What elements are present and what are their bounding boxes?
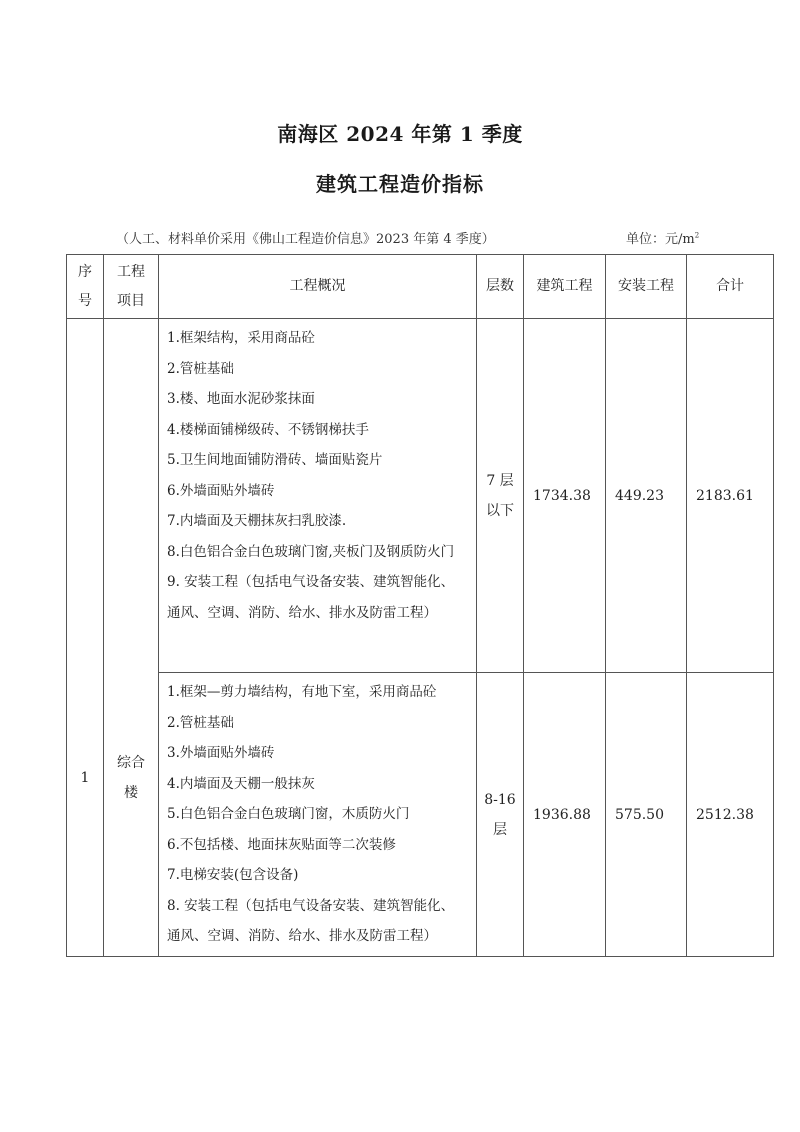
document-title: 南海区 2024 年第 1 季度 xyxy=(0,118,800,147)
cell-installation: 449.23 xyxy=(606,319,687,673)
header-project: 工程项目 xyxy=(104,255,159,319)
table-row: 1 综合楼 1.框架结构，采用商品砼 2.管桩基础 3.楼、地面水泥砂浆抹面 4… xyxy=(67,319,774,673)
cell-installation: 575.50 xyxy=(606,673,687,957)
cell-building: 1936.88 xyxy=(524,673,606,957)
header-seq: 序号 xyxy=(67,255,104,319)
cell-project: 综合楼 xyxy=(104,319,159,957)
unit-superscript: 2 xyxy=(695,232,699,240)
cost-index-table: 序号 工程项目 工程概况 层数 建筑工程 安装工程 合计 1 综合楼 1.框架结… xyxy=(66,254,774,957)
unit-label: 单位：元/m2 xyxy=(626,228,699,247)
header-total: 合计 xyxy=(687,255,774,319)
header-building: 建筑工程 xyxy=(524,255,606,319)
cell-building: 1734.38 xyxy=(524,319,606,673)
header-floors: 层数 xyxy=(477,255,524,319)
document-subtitle-title: 建筑工程造价指标 xyxy=(0,168,800,197)
header-overview: 工程概况 xyxy=(159,255,477,319)
table-header-row: 序号 工程项目 工程概况 层数 建筑工程 安装工程 合计 xyxy=(67,255,774,319)
header-installation: 安装工程 xyxy=(606,255,687,319)
cell-floors: 8-16层 xyxy=(477,673,524,957)
cell-overview: 1.框架结构，采用商品砼 2.管桩基础 3.楼、地面水泥砂浆抹面 4.楼梯面铺梯… xyxy=(159,319,477,673)
cell-overview: 1.框架—剪力墙结构，有地下室，采用商品砼 2.管桩基础 3.外墙面贴外墙砖 4… xyxy=(159,673,477,957)
cell-seq: 1 xyxy=(67,319,104,957)
price-source-note: （人工、材料单价采用《佛山工程造价信息》2023 年第 4 季度） xyxy=(116,228,495,247)
cell-total: 2183.61 xyxy=(687,319,774,673)
cell-floors: 7 层以下 xyxy=(477,319,524,673)
table-row: 1.框架—剪力墙结构，有地下室，采用商品砼 2.管桩基础 3.外墙面贴外墙砖 4… xyxy=(67,673,774,957)
unit-text: 单位：元/m xyxy=(626,232,695,247)
cell-total: 2512.38 xyxy=(687,673,774,957)
